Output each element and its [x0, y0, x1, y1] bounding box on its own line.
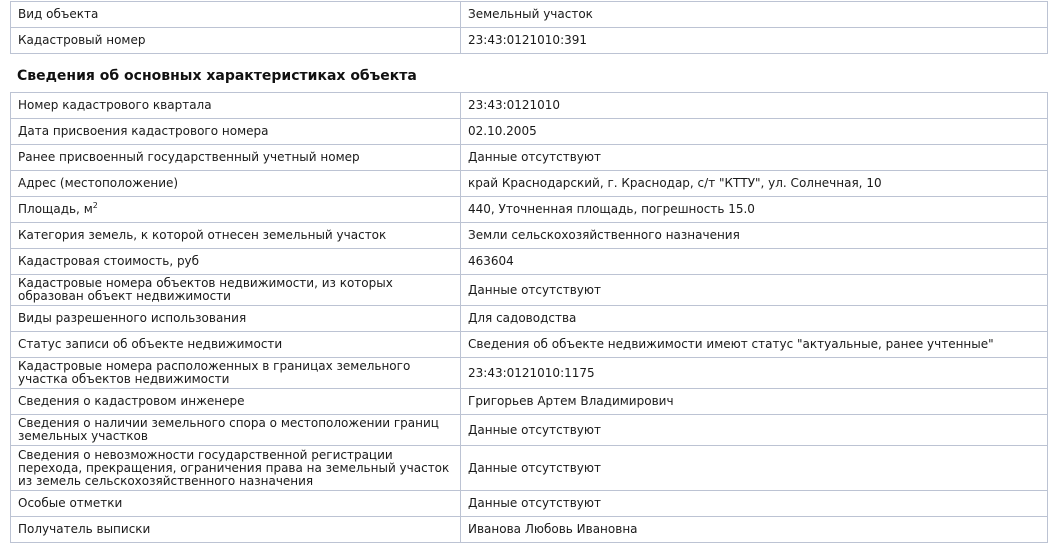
row-value: Сведения об объекте недвижимости имеют с… [461, 332, 1048, 358]
row-label: Категория земель, к которой отнесен земе… [11, 223, 461, 249]
row-label: Виды разрешенного использования [11, 306, 461, 332]
table-row: Площадь, м2 440, Уточненная площадь, пог… [11, 197, 1048, 223]
row-label: Номер кадастрового квартала [11, 93, 461, 119]
table-row: Вид объекта Земельный участок [11, 2, 1048, 28]
row-value: 23:43:0121010 [461, 93, 1048, 119]
row-value: 440, Уточненная площадь, погрешность 15.… [461, 197, 1048, 223]
row-value: Данные отсутствуют [461, 415, 1048, 446]
row-label: Ранее присвоенный государственный учетны… [11, 145, 461, 171]
row-value: Данные отсутствуют [461, 145, 1048, 171]
section-title: Сведения об основных характеристиках объ… [17, 68, 417, 84]
row-label: Особые отметки [11, 491, 461, 517]
table-row: Категория земель, к которой отнесен земе… [11, 223, 1048, 249]
row-label: Площадь, м2 [11, 197, 461, 223]
row-value: 23:43:0121010:391 [461, 28, 1048, 54]
row-label: Сведения о наличии земельного спора о ме… [11, 415, 461, 446]
table-row: Сведения о невозможности государственной… [11, 446, 1048, 491]
row-label: Кадастровый номер [11, 28, 461, 54]
table-row: Дата присвоения кадастрового номера 02.1… [11, 119, 1048, 145]
area-unit-superscript: 2 [93, 201, 98, 210]
table-row: Адрес (местоположение) край Краснодарски… [11, 171, 1048, 197]
row-value: Иванова Любовь Ивановна [461, 517, 1048, 543]
row-label: Кадастровая стоимость, руб [11, 249, 461, 275]
row-label: Сведения о кадастровом инженере [11, 389, 461, 415]
table-row: Виды разрешенного использования Для садо… [11, 306, 1048, 332]
row-value: Для садоводства [461, 306, 1048, 332]
row-label: Вид объекта [11, 2, 461, 28]
area-label: Площадь, м [18, 202, 93, 216]
row-value: Григорьев Артем Владимирович [461, 389, 1048, 415]
row-value: Земельный участок [461, 2, 1048, 28]
row-value: Данные отсутствуют [461, 491, 1048, 517]
row-value: Данные отсутствуют [461, 275, 1048, 306]
table-row: Сведения о кадастровом инженере Григорье… [11, 389, 1048, 415]
table-row: Ранее присвоенный государственный учетны… [11, 145, 1048, 171]
row-label: Сведения о невозможности государственной… [11, 446, 461, 491]
table-row: Сведения о наличии земельного спора о ме… [11, 415, 1048, 446]
row-value: 23:43:0121010:1175 [461, 358, 1048, 389]
row-value: Земли сельскохозяйственного назначения [461, 223, 1048, 249]
row-value: Данные отсутствуют [461, 446, 1048, 491]
table-row: Получатель выписки Иванова Любовь Иванов… [11, 517, 1048, 543]
row-value: край Краснодарский, г. Краснодар, с/т "К… [461, 171, 1048, 197]
table-row: Номер кадастрового квартала 23:43:012101… [11, 93, 1048, 119]
table-row: Кадастровая стоимость, руб 463604 [11, 249, 1048, 275]
row-label: Получатель выписки [11, 517, 461, 543]
row-label: Адрес (местоположение) [11, 171, 461, 197]
row-label: Кадастровые номера расположенных в грани… [11, 358, 461, 389]
table-row: Особые отметки Данные отсутствуют [11, 491, 1048, 517]
table-row: Кадастровые номера расположенных в грани… [11, 358, 1048, 389]
table-row: Кадастровый номер 23:43:0121010:391 [11, 28, 1048, 54]
row-value: 02.10.2005 [461, 119, 1048, 145]
row-value: 463604 [461, 249, 1048, 275]
table-row: Кадастровые номера объектов недвижимости… [11, 275, 1048, 306]
object-identity-table: Вид объекта Земельный участок Кадастровы… [10, 1, 1048, 54]
table-row: Статус записи об объекте недвижимости Св… [11, 332, 1048, 358]
row-label: Дата присвоения кадастрового номера [11, 119, 461, 145]
characteristics-table: Номер кадастрового квартала 23:43:012101… [10, 92, 1048, 543]
row-label: Статус записи об объекте недвижимости [11, 332, 461, 358]
row-label: Кадастровые номера объектов недвижимости… [11, 275, 461, 306]
